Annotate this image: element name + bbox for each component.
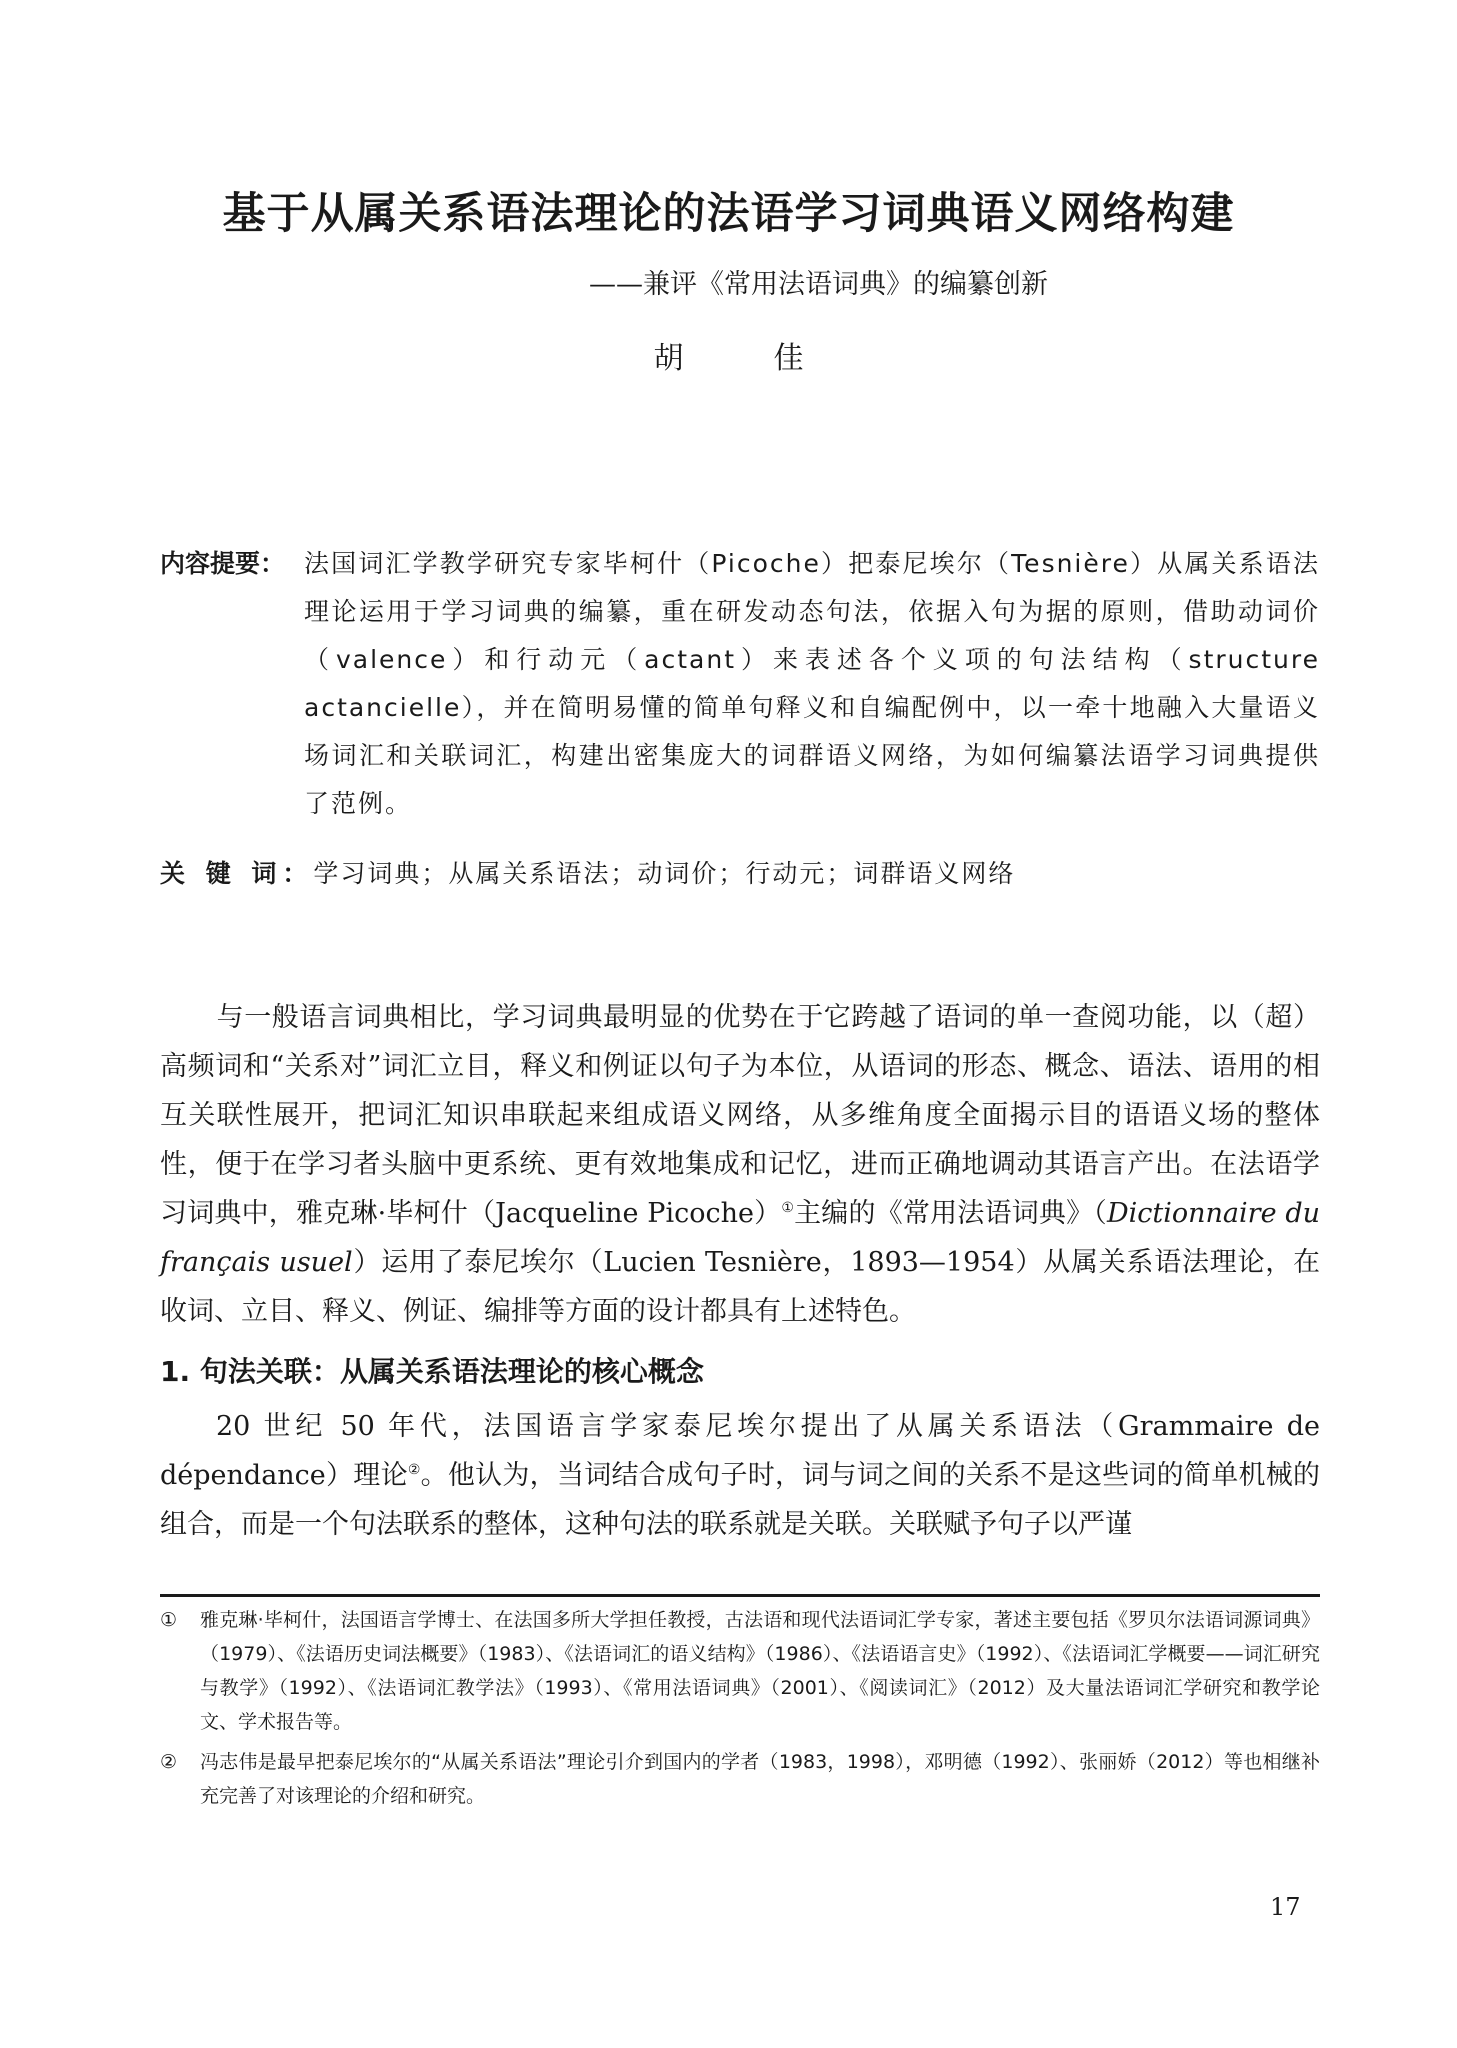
footnote-ref-2[interactable]: ② xyxy=(408,1462,421,1478)
article-title: 基于从属关系语法理论的法语学习词典语义网络构建 xyxy=(0,180,1457,241)
keywords-text: 学习词典；从属关系语法；动词价；行动元；词群语义网络 xyxy=(313,859,1015,888)
keywords-section: 关 键 词：学习词典；从属关系语法；动词价；行动元；词群语义网络 xyxy=(160,850,1320,898)
keywords-label: 关 键 词： xyxy=(160,859,313,888)
footnote-2-text: 冯志伟是最早把泰尼埃尔的“从属关系语法”理论引介到国内的学者（1983，1998… xyxy=(200,1751,1320,1807)
footnotes-section: ① 雅克琳·毕柯什，法国语言学博士、在法国多所大学担任教授，古法语和现代法语词汇… xyxy=(160,1603,1320,1819)
footnote-ref-1[interactable]: ① xyxy=(781,1200,794,1216)
article-subtitle: ——兼评《常用法语词典》的编纂创新 xyxy=(0,262,1457,301)
footnote-1-text: 雅克琳·毕柯什，法国语言学博士、在法国多所大学担任教授，古法语和现代法语词汇学专… xyxy=(200,1609,1320,1733)
footnote-1: ① 雅克琳·毕柯什，法国语言学博士、在法国多所大学担任教授，古法语和现代法语词汇… xyxy=(160,1603,1320,1739)
abstract-text: 法国词汇学教学研究专家毕柯什（Picoche）把泰尼埃尔（Tesnière）从属… xyxy=(304,540,1320,828)
footnote-divider xyxy=(160,1594,1320,1597)
paragraph-1-text-b: 主编的《常用法语词典》（ xyxy=(794,1198,1107,1229)
footnote-1-mark: ① xyxy=(160,1603,177,1637)
author-name: 胡 佳 xyxy=(0,333,1457,377)
footnote-2: ② 冯志伟是最早把泰尼埃尔的“从属关系语法”理论引介到国内的学者（1983，19… xyxy=(160,1745,1320,1813)
body-paragraph-1: 与一般语言词典相比，学习词典最明显的优势在于它跨越了语词的单一查阅功能，以（超）… xyxy=(160,993,1320,1336)
paragraph-1-text-a: 与一般语言词典相比，学习词典最明显的优势在于它跨越了语词的单一查阅功能，以（超）… xyxy=(160,1002,1320,1229)
body-paragraph-2: 20 世纪 50 年代，法国语言学家泰尼埃尔提出了从属关系语法（Grammair… xyxy=(160,1402,1320,1549)
footnote-2-mark: ② xyxy=(160,1745,177,1779)
page-number: 17 xyxy=(1270,1893,1301,1921)
abstract-label: 内容提要： xyxy=(160,540,285,588)
section-heading-1: 1. 句法关联：从属关系语法理论的核心概念 xyxy=(160,1350,704,1390)
abstract-section: 内容提要： 法国词汇学教学研究专家毕柯什（Picoche）把泰尼埃尔（Tesni… xyxy=(160,540,1320,828)
